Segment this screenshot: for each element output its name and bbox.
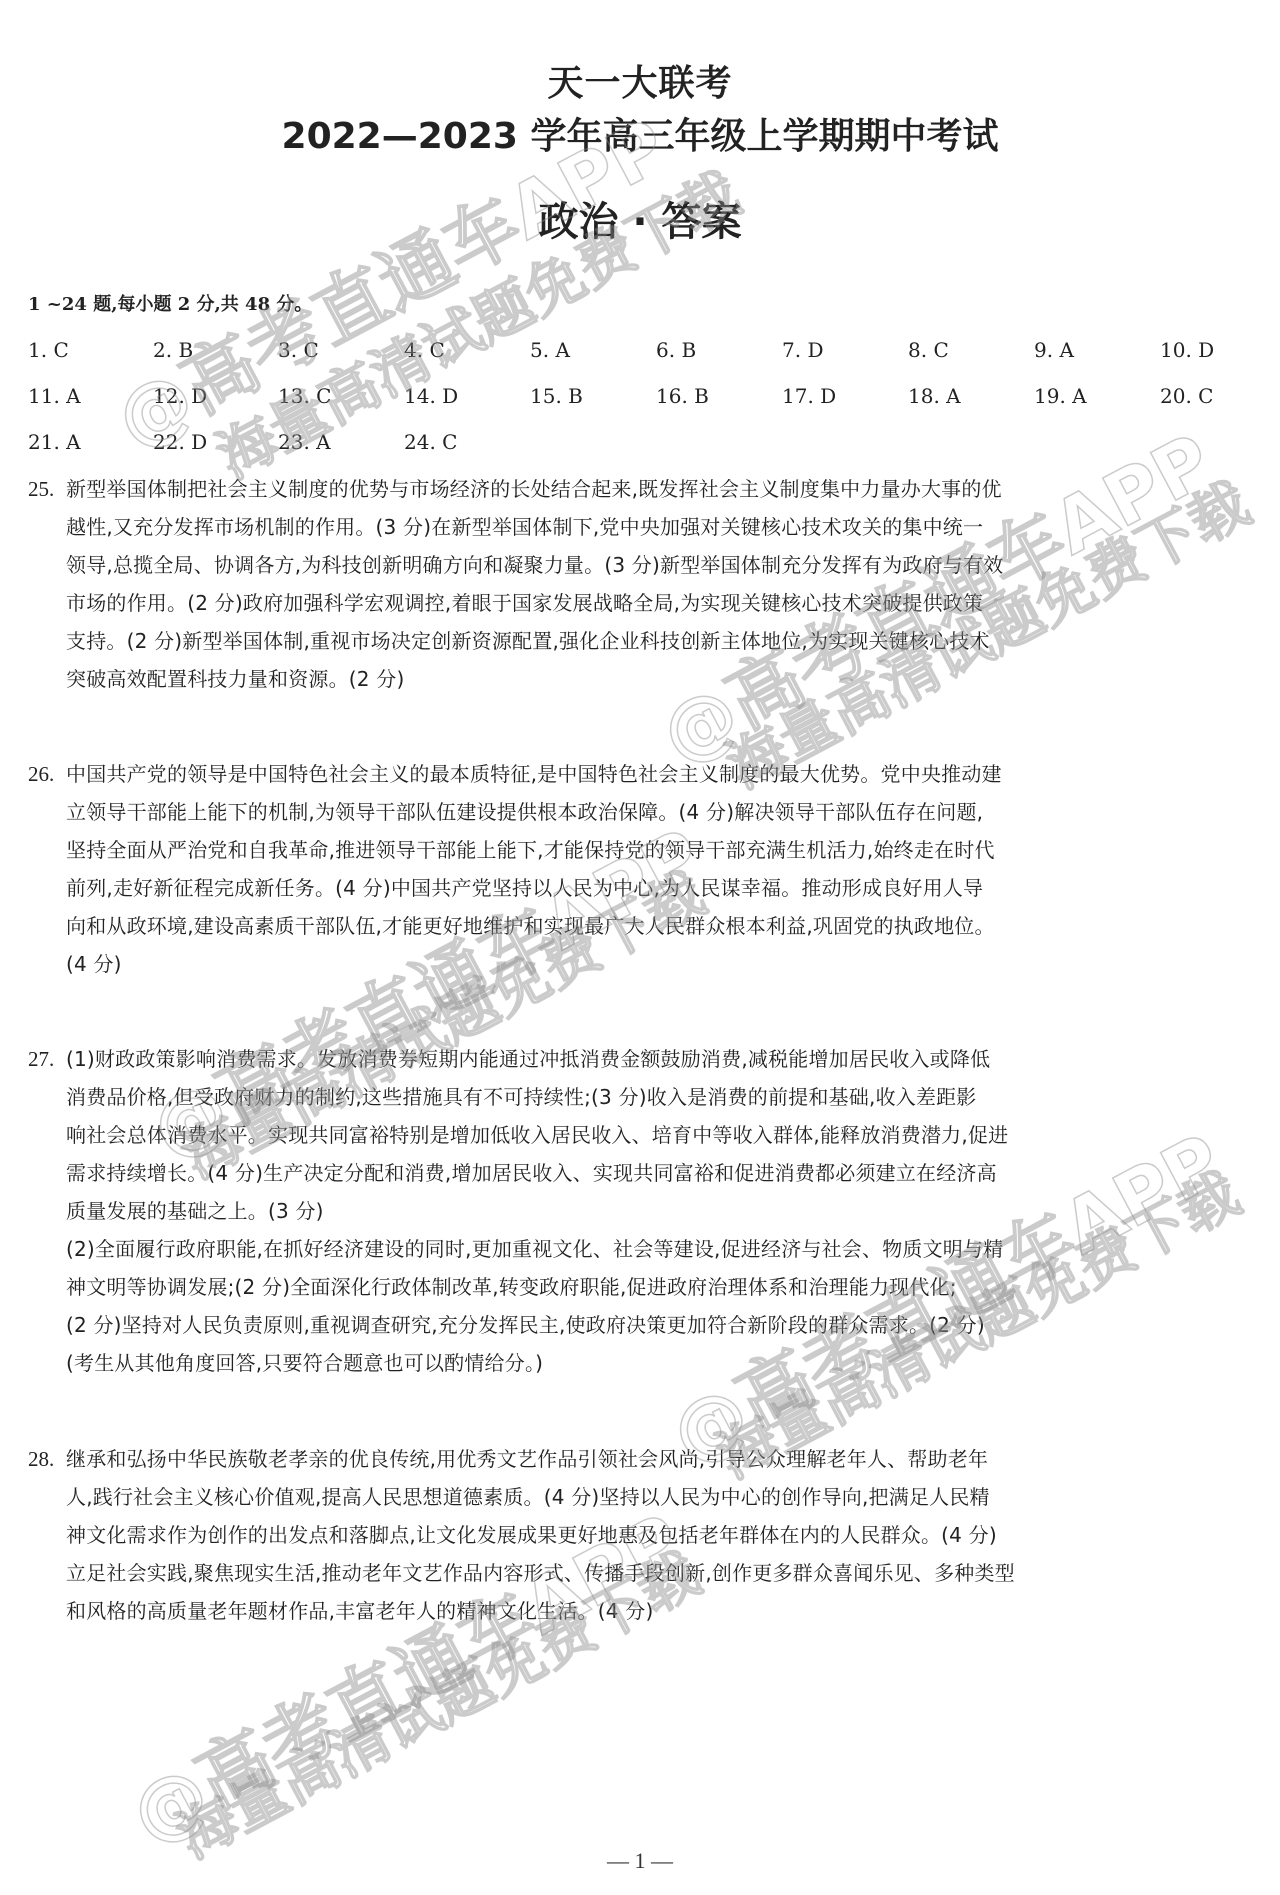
answer-line: 突破高效配置科技力量和资源。(2 分): [28, 660, 1258, 698]
answer-item: 17. D: [782, 384, 836, 408]
answer-item: 2. B: [153, 338, 193, 362]
answer-line: (考生从其他角度回答,只要符合题意也可以酌情给分。): [28, 1344, 1258, 1382]
answer-line: (2)全面履行政府职能,在抓好经济建设的同时,更加重视文化、社会等建设,促进经济…: [28, 1230, 1258, 1268]
answer-line: 立领导干部能上能下的机制,为领导干部队伍建设提供根本政治保障。(4 分)解决领导…: [28, 793, 1258, 831]
answer-line: 响社会总体消费水平。实现共同富裕特别是增加低收入居民收入、培育中等收入群体,能释…: [28, 1116, 1258, 1154]
answer-line: (1)财政政策影响消费需求。发放消费券短期内能通过冲抵消费金额鼓励消费,减税能增…: [28, 1040, 1258, 1078]
exam-title: 2022—2023 学年高三年级上学期期中考试: [0, 108, 1280, 159]
answer-item: 8. C: [908, 338, 949, 362]
answer-line: 神文化需求作为创作的出发点和落脚点,让文化发展成果更好地惠及包括老年群体在内的人…: [28, 1516, 1258, 1554]
answer-item: 11. A: [28, 384, 81, 408]
question-27-answer: 27. (1)财政政策影响消费需求。发放消费券短期内能通过冲抵消费金额鼓励消费,…: [28, 1040, 1258, 1382]
question-number: 28.: [28, 1440, 54, 1478]
answer-line: 领导,总揽全局、协调各方,为科技创新明确方向和凝聚力量。(3 分)新型举国体制充…: [28, 546, 1258, 584]
question-number: 25.: [28, 470, 54, 508]
answer-item: 16. B: [656, 384, 709, 408]
answer-line: 需求持续增长。(4 分)生产决定分配和消费,增加居民收入、实现共同富裕和促进消费…: [28, 1154, 1258, 1192]
answer-line: (4 分): [28, 945, 1258, 983]
answer-item: 21. A: [28, 430, 81, 454]
answer-item: 1. C: [28, 338, 69, 362]
organization-title: 天一大联考: [0, 55, 1280, 106]
answer-line: 人,践行社会主义核心价值观,提高人民思想道德素质。(4 分)坚持以人民为中心的创…: [28, 1478, 1258, 1516]
answer-item: 3. C: [278, 338, 319, 362]
answer-item: 9. A: [1034, 338, 1074, 362]
answer-line: 坚持全面从严治党和自我革命,推进领导干部能上能下,才能保持党的领导干部充满生机活…: [28, 831, 1258, 869]
answer-item: 14. D: [404, 384, 458, 408]
answer-line: 越性,又充分发挥市场机制的作用。(3 分)在新型举国体制下,党中央加强对关键核心…: [28, 508, 1258, 546]
answer-item: 10. D: [1160, 338, 1214, 362]
answer-sheet-page: 天一大联考 2022—2023 学年高三年级上学期期中考试 政治 · 答案 1 …: [0, 0, 1280, 1895]
answer-line: 支持。(2 分)新型举国体制,重视市场决定创新资源配置,强化企业科技创新主体地位…: [28, 622, 1258, 660]
answer-item: 6. B: [656, 338, 696, 362]
multiple-choice-instruction: 1 ~24 题,每小题 2 分,共 48 分。: [28, 290, 312, 316]
answer-item: 5. A: [530, 338, 570, 362]
question-25-answer: 25. 新型举国体制把社会主义制度的优势与市场经济的长处结合起来,既发挥社会主义…: [28, 470, 1258, 698]
answer-line: 市场的作用。(2 分)政府加强科学宏观调控,着眼于国家发展战略全局,为实现关键核…: [28, 584, 1258, 622]
question-number: 26.: [28, 755, 54, 793]
question-number: 27.: [28, 1040, 54, 1078]
answer-row: 11. A 12. D 13. C 14. D 15. B 16. B 17. …: [28, 384, 1268, 414]
question-28-answer: 28. 继承和弘扬中华民族敬老孝亲的优良传统,用优秀文艺作品引领社会风尚,引导公…: [28, 1440, 1258, 1630]
answer-line: 立足社会实践,聚焦现实生活,推动老年文艺作品内容形式、传播手段创新,创作更多群众…: [28, 1554, 1258, 1592]
page-number: — 1 —: [0, 1848, 1280, 1874]
answer-item: 13. C: [278, 384, 331, 408]
answer-line: 中国共产党的领导是中国特色社会主义的最本质特征,是中国特色社会主义制度的最大优势…: [28, 755, 1258, 793]
answer-line: 新型举国体制把社会主义制度的优势与市场经济的长处结合起来,既发挥社会主义制度集中…: [28, 470, 1258, 508]
answer-item: 23. A: [278, 430, 331, 454]
answer-line: 向和从政环境,建设高素质干部队伍,才能更好地维护和实现最广大人民群众根本利益,巩…: [28, 907, 1258, 945]
answer-item: 12. D: [153, 384, 207, 408]
answer-item: 15. B: [530, 384, 583, 408]
answer-item: 24. C: [404, 430, 457, 454]
answer-item: 7. D: [782, 338, 823, 362]
answer-item: 18. A: [908, 384, 961, 408]
answer-item: 4. C: [404, 338, 445, 362]
answer-line: 和风格的高质量老年题材作品,丰富老年人的精神文化生活。(4 分): [28, 1592, 1258, 1630]
answer-line: 前列,走好新征程完成新任务。(4 分)中国共产党坚持以人民为中心,为人民谋幸福。…: [28, 869, 1258, 907]
answer-row: 1. C 2. B 3. C 4. C 5. A 6. B 7. D 8. C …: [28, 338, 1268, 368]
answer-row: 21. A 22. D 23. A 24. C: [28, 430, 1268, 460]
answer-line: 消费品价格,但受政府财力的制约,这些措施具有不可持续性;(3 分)收入是消费的前…: [28, 1078, 1258, 1116]
answer-line: 继承和弘扬中华民族敬老孝亲的优良传统,用优秀文艺作品引领社会风尚,引导公众理解老…: [28, 1440, 1258, 1478]
answer-line: 神文明等协调发展;(2 分)全面深化行政体制改革,转变政府职能,促进政府治理体系…: [28, 1268, 1258, 1306]
question-26-answer: 26. 中国共产党的领导是中国特色社会主义的最本质特征,是中国特色社会主义制度的…: [28, 755, 1258, 983]
answer-line: (2 分)坚持对人民负责原则,重视调查研究,充分发挥民主,使政府决策更加符合新阶…: [28, 1306, 1258, 1344]
answer-line: 质量发展的基础之上。(3 分): [28, 1192, 1258, 1230]
answer-item: 19. A: [1034, 384, 1087, 408]
answer-item: 22. D: [153, 430, 207, 454]
subject-title: 政治 · 答案: [0, 190, 1280, 247]
answer-item: 20. C: [1160, 384, 1213, 408]
